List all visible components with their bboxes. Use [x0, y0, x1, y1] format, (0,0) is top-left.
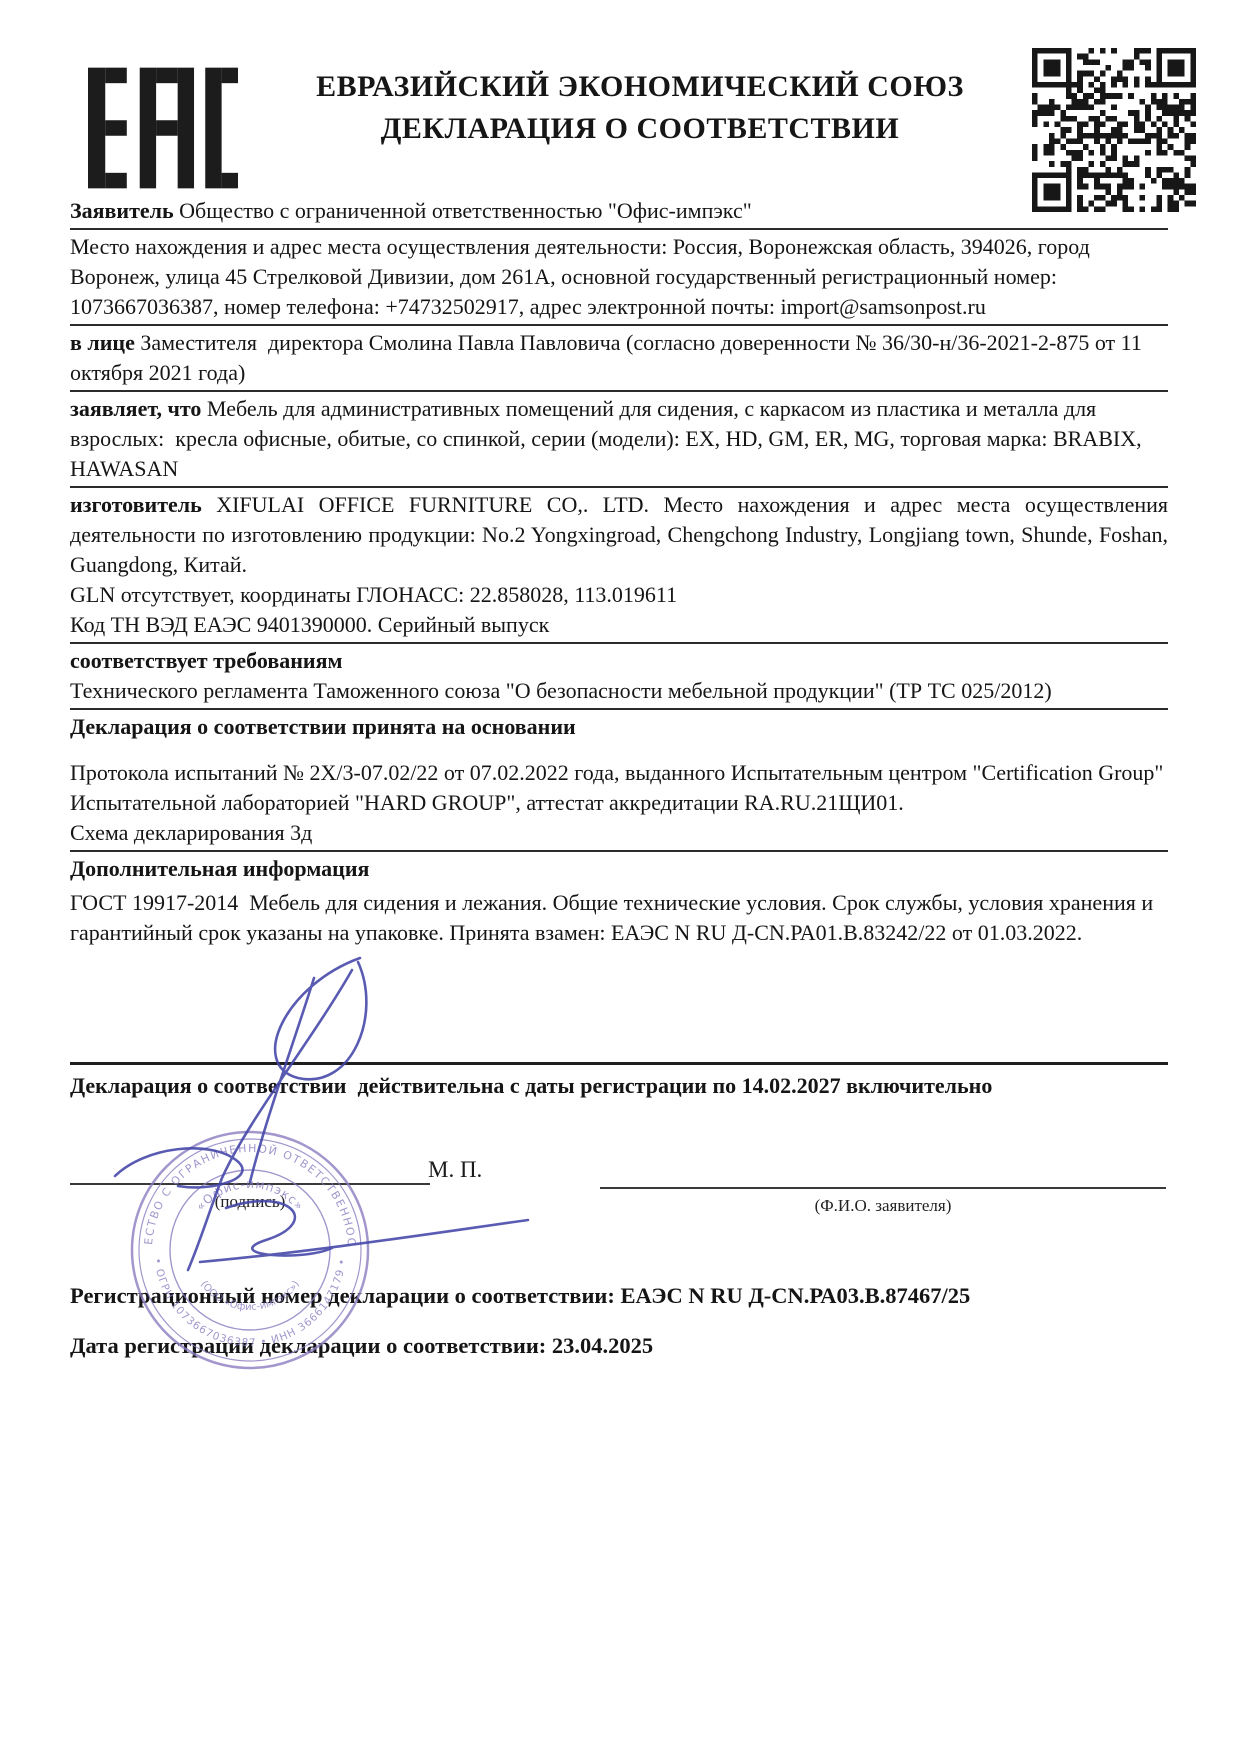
divider — [70, 1062, 1168, 1065]
compliance-text: Технического регламента Таможенного союз… — [70, 676, 1168, 706]
applicant-address: Место нахождения и адрес места осуществл… — [70, 232, 1168, 322]
basis-heading: Декларация о соответствии принята на осн… — [70, 712, 1168, 742]
validity-line: Декларация о соответствии действительна … — [70, 1071, 1168, 1101]
eac-logo — [88, 58, 238, 198]
declares-label: заявляет, что — [70, 396, 201, 421]
applicant-label: Заявитель — [70, 198, 174, 223]
manufacturer-value: XIFULAI OFFICE FURNITURE CO,. LTD. Место… — [70, 492, 1168, 577]
compliance-heading: соответствует требованиям — [70, 646, 1168, 676]
applicant-row: Заявитель Общество с ограниченной ответс… — [70, 196, 1168, 226]
registration-date-line: Дата регистрации декларации о соответств… — [70, 1333, 1168, 1359]
divider — [70, 850, 1168, 852]
divider — [70, 390, 1168, 392]
page-title: ЕВРАЗИЙСКИЙ ЭКОНОМИЧЕСКИЙ СОЮЗ ДЕКЛАРАЦИ… — [250, 66, 1030, 150]
additional-heading: Дополнительная информация — [70, 854, 1168, 884]
divider — [70, 486, 1168, 488]
applicant-name-line — [600, 1187, 1166, 1189]
divider — [70, 228, 1168, 230]
gln-line: GLN отсутствует, координаты ГЛОНАСС: 22.… — [70, 580, 1168, 610]
stamp-place-label: М. П. — [428, 1157, 482, 1183]
representative-value: Заместителя директора Смолина Павла Павл… — [70, 330, 1147, 385]
document-body: Заявитель Общество с ограниченной ответс… — [70, 196, 1168, 948]
basis-text: Протокола испытаний № 2Х/3-07.02/22 от 0… — [70, 758, 1168, 818]
signature-caption: (подпись) — [70, 1192, 430, 1212]
declares-row: заявляет, что Мебель для административны… — [70, 394, 1168, 484]
tnved-line: Код ТН ВЭД ЕАЭС 9401390000. Серийный вып… — [70, 610, 1168, 640]
divider — [70, 708, 1168, 710]
scheme-line: Схема декларирования 3д — [70, 818, 1168, 848]
qr-code-icon — [1032, 48, 1196, 212]
manufacturer-row: изготовитель XIFULAI OFFICE FURNITURE CO… — [70, 490, 1168, 580]
divider — [70, 324, 1168, 326]
representative-label: в лице — [70, 330, 135, 355]
title-line-1: ЕВРАЗИЙСКИЙ ЭКОНОМИЧЕСКИЙ СОЮЗ — [250, 66, 1030, 108]
document-header: ЕВРАЗИЙСКИЙ ЭКОНОМИЧЕСКИЙ СОЮЗ ДЕКЛАРАЦИ… — [70, 48, 1170, 218]
divider — [70, 642, 1168, 644]
declaration-document: ЕВРАЗИЙСКИЙ ЭКОНОМИЧЕСКИЙ СОЮЗ ДЕКЛАРАЦИ… — [0, 0, 1240, 1754]
signature-ink — [115, 958, 528, 1270]
signature-line — [70, 1183, 430, 1185]
validity-section: Декларация о соответствии действительна … — [70, 1062, 1168, 1101]
declares-value: Мебель для административных помещений дл… — [70, 396, 1147, 481]
name-caption: (Ф.И.О. заявителя) — [600, 1196, 1166, 1216]
title-line-2: ДЕКЛАРАЦИЯ О СООТВЕТСТВИИ — [250, 108, 1030, 150]
registration-number-line: Регистрационный номер декларации о соотв… — [70, 1283, 1168, 1309]
representative-row: в лице Заместителя директора Смолина Пав… — [70, 328, 1168, 388]
spacer — [70, 742, 1168, 758]
manufacturer-label: изготовитель — [70, 492, 202, 517]
applicant-value: Общество с ограниченной ответственностью… — [179, 198, 752, 223]
additional-text: ГОСТ 19917-2014 Мебель для сидения и леж… — [70, 888, 1168, 948]
